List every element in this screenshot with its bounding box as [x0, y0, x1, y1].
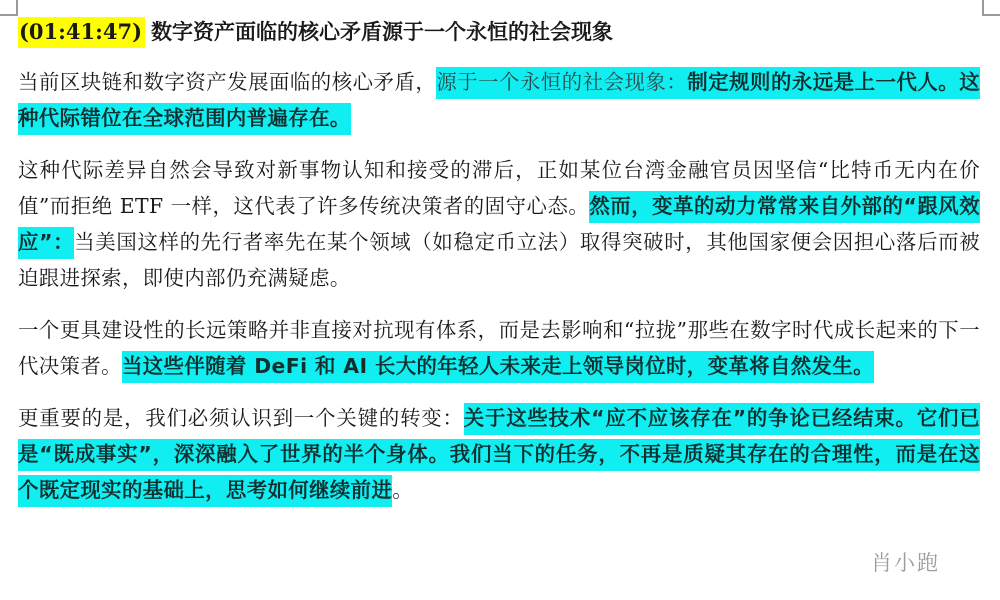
section-title: 数字资产面临的核心矛盾源于一个永恒的社会现象 — [151, 20, 613, 44]
highlighted-text: 源于一个永恒的社会现象： — [436, 67, 687, 99]
paragraph-text: 当美国这样的先行者率先在某个领域（如稳定币立法）取得突破时，其他国家便会因担心落… — [18, 230, 980, 290]
paragraph-4: 更重要的是，我们必须认识到一个关键的转变：关于这些技术“应不应该存在”的争论已经… — [18, 400, 980, 508]
timestamp-badge: (01:41:47) — [18, 17, 145, 48]
paragraph-text: 。 — [392, 478, 413, 502]
paragraph-text: 当前区块链和数字资产发展面临的核心矛盾， — [18, 70, 436, 94]
paragraph-text: 更重要的是，我们必须认识到一个关键的转变： — [18, 406, 464, 430]
paragraph-1: 当前区块链和数字资产发展面临的核心矛盾，源于一个永恒的社会现象：制定规则的永远是… — [18, 64, 980, 136]
page-corner-mark-top-left — [0, 0, 18, 16]
highlighted-bold-text: 当这些伴随着 DeFi 和 AI 长大的年轻人未来走上领导岗位时，变革将自然发生… — [122, 351, 874, 383]
paragraph-3: 一个更具建设性的长远策略并非直接对抗现有体系，而是去影响和“拉拢”那些在数字时代… — [18, 312, 980, 384]
author-watermark: 肖小跑 — [871, 547, 940, 577]
document-page: (01:41:47)数字资产面临的核心矛盾源于一个永恒的社会现象 当前区块链和数… — [18, 14, 980, 524]
section-heading: (01:41:47)数字资产面临的核心矛盾源于一个永恒的社会现象 — [18, 14, 980, 50]
page-corner-mark-top-right — [982, 0, 1000, 16]
paragraph-2: 这种代际差异自然会导致对新事物认知和接受的滞后，正如某位台湾金融官员因坚信“比特… — [18, 152, 980, 296]
